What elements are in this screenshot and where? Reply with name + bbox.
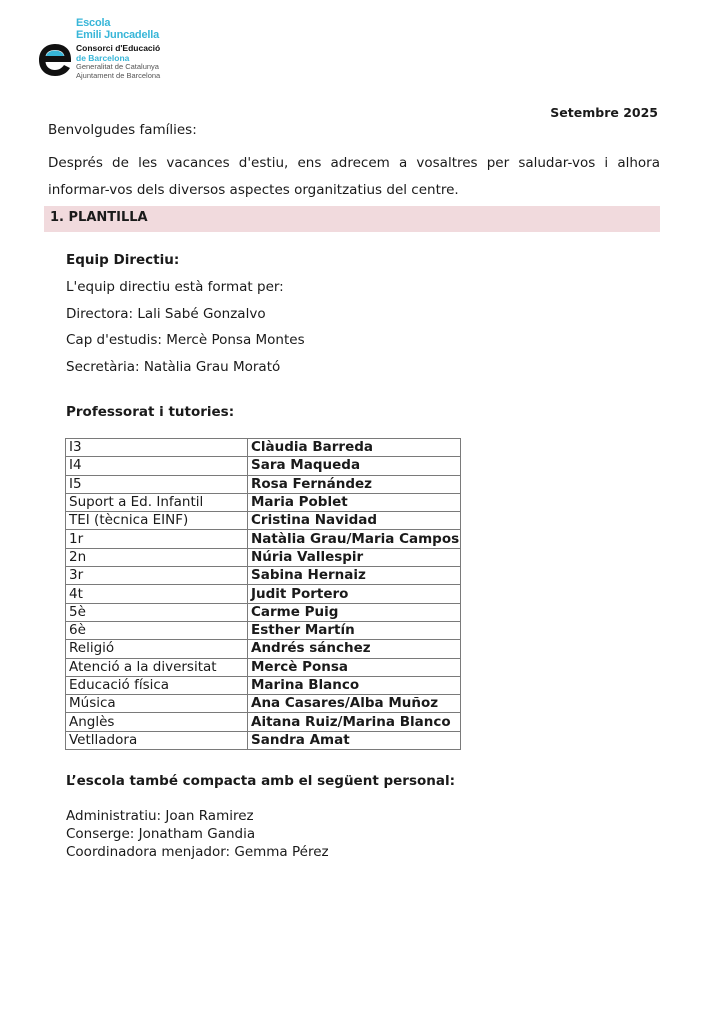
teacher-cell: Maria Poblet [248, 493, 461, 511]
teacher-cell: Sara Maqueda [248, 457, 461, 475]
letter-greeting: Benvolgudes famílies: [48, 122, 197, 138]
personal-item: Coordinadora menjador: Gemma Pérez [66, 844, 329, 862]
table-row: TEI (tècnica EINF)Cristina Navidad [66, 512, 461, 530]
teacher-cell: Núria Vallespir [248, 548, 461, 566]
logo-consorci-line2: de Barcelona [76, 54, 160, 63]
table-row: Atenció a la diversitatMercè Ponsa [66, 658, 461, 676]
teacher-cell: Esther Martín [248, 621, 461, 639]
school-e-logo-icon [38, 42, 72, 78]
role-cell: Vetlladora [66, 731, 248, 749]
directiu-member: Secretària: Natàlia Grau Morató [66, 359, 280, 375]
logo-school-line2: Emili Juncadella [76, 30, 160, 41]
table-row: I4Sara Maqueda [66, 457, 461, 475]
equip-directiu-heading: Equip Directiu: [66, 252, 179, 268]
teacher-cell: Carme Puig [248, 603, 461, 621]
table-row: VetlladoraSandra Amat [66, 731, 461, 749]
professorat-heading: Professorat i tutories: [66, 404, 234, 420]
logo-ajuntament-line: Ajuntament de Barcelona [76, 72, 160, 80]
section-title: 1. PLANTILLA [50, 210, 148, 225]
role-cell: 4t [66, 585, 248, 603]
directiu-member: Cap d'estudis: Mercè Ponsa Montes [66, 332, 305, 348]
letter-date: Setembre 2025 [550, 105, 658, 120]
directiu-member: Directora: Lali Sabé Gonzalvo [66, 306, 266, 322]
table-row: 1rNatàlia Grau/Maria Campos [66, 530, 461, 548]
role-cell: Suport a Ed. Infantil [66, 493, 248, 511]
teacher-cell: Clàudia Barreda [248, 439, 461, 457]
table-row: 4tJudit Portero [66, 585, 461, 603]
table-row: Suport a Ed. InfantilMaria Poblet [66, 493, 461, 511]
role-cell: TEI (tècnica EINF) [66, 512, 248, 530]
teacher-cell: Rosa Fernández [248, 475, 461, 493]
table-row: AnglèsAitana Ruiz/Marina Blanco [66, 713, 461, 731]
altre-personal-heading: L’escola també compacta amb el següent p… [66, 773, 455, 789]
table-row: MúsicaAna Casares/Alba Muñoz [66, 695, 461, 713]
teacher-cell: Andrés sánchez [248, 640, 461, 658]
school-logo-text: Escola Emili Juncadella Consorci d'Educa… [76, 18, 160, 79]
letter-intro: Després de les vacances d'estiu, ens adr… [48, 150, 660, 204]
teacher-cell: Aitana Ruiz/Marina Blanco [248, 713, 461, 731]
equip-directiu-intro: L'equip directiu està format per: [66, 279, 284, 295]
table-row: I5Rosa Fernández [66, 475, 461, 493]
role-cell: 6è [66, 621, 248, 639]
professorat-table: I3Clàudia BarredaI4Sara MaquedaI5Rosa Fe… [65, 438, 461, 750]
school-logo: Escola Emili Juncadella Consorci d'Educa… [38, 18, 198, 82]
table-row: 2nNúria Vallespir [66, 548, 461, 566]
logo-generalitat-line: Generalitat de Catalunya [76, 63, 160, 71]
role-cell: 3r [66, 567, 248, 585]
table-row: I3Clàudia Barreda [66, 439, 461, 457]
personal-item: Administratiu: Joan Ramirez [66, 808, 254, 826]
role-cell: Anglès [66, 713, 248, 731]
teacher-cell: Mercè Ponsa [248, 658, 461, 676]
teacher-cell: Judit Portero [248, 585, 461, 603]
teacher-cell: Natàlia Grau/Maria Campos [248, 530, 461, 548]
table-row: 6èEsther Martín [66, 621, 461, 639]
role-cell: 1r [66, 530, 248, 548]
role-cell: I3 [66, 439, 248, 457]
teacher-cell: Marina Blanco [248, 676, 461, 694]
logo-consorci-line1: Consorci d'Educació [76, 44, 160, 53]
teacher-cell: Sandra Amat [248, 731, 461, 749]
role-cell: Música [66, 695, 248, 713]
role-cell: 2n [66, 548, 248, 566]
teacher-cell: Ana Casares/Alba Muñoz [248, 695, 461, 713]
document-page: Escola Emili Juncadella Consorci d'Educa… [0, 0, 724, 1024]
role-cell: Atenció a la diversitat [66, 658, 248, 676]
role-cell: Religió [66, 640, 248, 658]
role-cell: I4 [66, 457, 248, 475]
table-row: Educació físicaMarina Blanco [66, 676, 461, 694]
role-cell: Educació física [66, 676, 248, 694]
role-cell: I5 [66, 475, 248, 493]
section-header-plantilla: 1. PLANTILLA [44, 206, 660, 232]
table-row: 3rSabina Hernaiz [66, 567, 461, 585]
role-cell: 5è [66, 603, 248, 621]
teacher-cell: Sabina Hernaiz [248, 567, 461, 585]
logo-school-line1: Escola [76, 18, 160, 29]
table-row: ReligióAndrés sánchez [66, 640, 461, 658]
teacher-cell: Cristina Navidad [248, 512, 461, 530]
personal-item: Conserge: Jonatham Gandia [66, 826, 255, 844]
table-row: 5èCarme Puig [66, 603, 461, 621]
